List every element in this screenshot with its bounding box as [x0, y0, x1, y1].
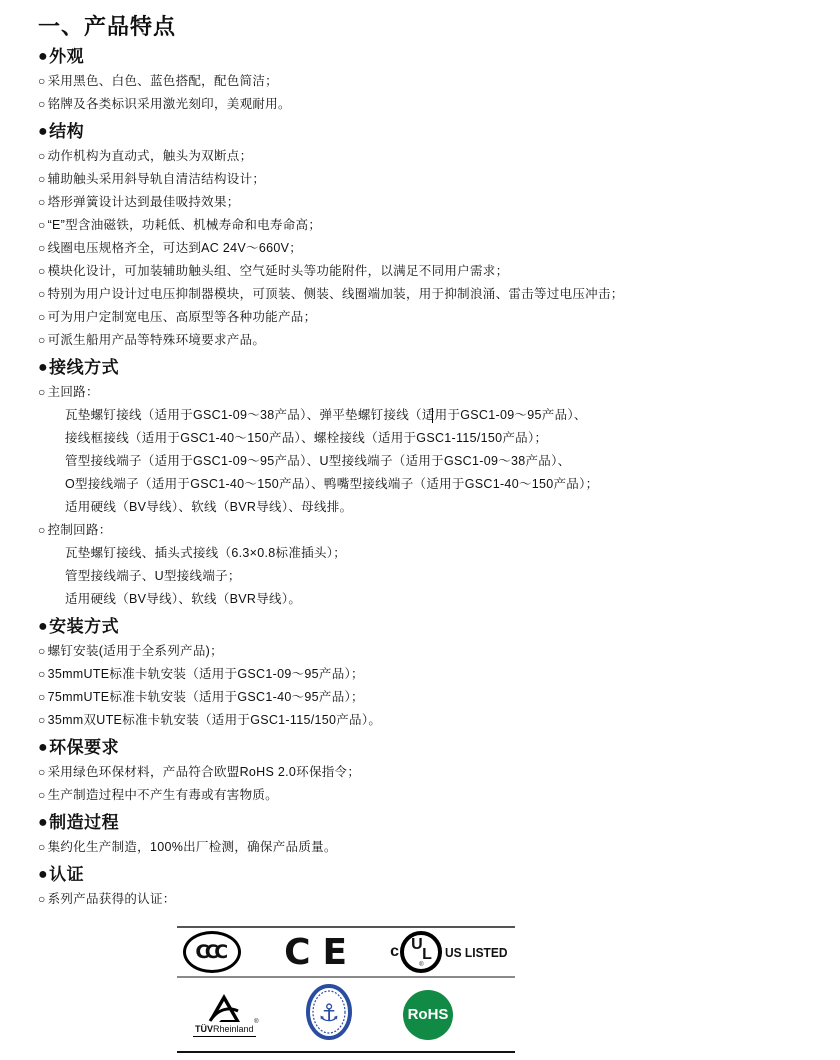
feature-subitem: O型接线端子（适用于GSC1-40～150产品）、鸭嘴型接线端子（适用于GSC1…: [38, 473, 840, 496]
feature-text: 采用绿色环保材料，产品符合欧盟RoHS 2.0环保指令；: [48, 765, 361, 779]
open-circle-icon: ○: [38, 287, 46, 301]
black-bullet-icon: ●: [38, 812, 48, 834]
feature-subitem: 适用硬线（BV导线）、软线（BVR导线）。: [38, 588, 840, 611]
feature-subitem: 适用硬线（BV导线）、软线（BVR导线）、母线排。: [38, 496, 840, 519]
feature-text: 模块化设计，可加装辅助触头组、空气延时头等功能附件，以满足不同用户需求；: [48, 264, 509, 278]
open-circle-icon: ○: [38, 644, 46, 658]
feature-text: 35mmUTE标准卡轨安装（适用于GSC1-09～95产品）；: [48, 667, 364, 681]
feature-text: 管型接线端子、U型接线端子；: [65, 569, 241, 583]
open-circle-icon: ○: [38, 840, 46, 854]
feature-text: 适用硬线（BV导线）、软线（BVR导线）、母线排。: [65, 500, 352, 514]
black-bullet-icon: ●: [38, 737, 48, 759]
section-heading-label: 认证: [49, 864, 84, 886]
certification-row-2: TÜVRheinland ® ⚓ RoHS: [177, 978, 515, 1053]
feature-text: 生产制造过程中不产生有毒或有害物质。: [48, 788, 278, 802]
feature-text: 可为用户定制宽电压、高原型等各种功能产品；: [48, 310, 317, 324]
black-bullet-icon: ●: [38, 616, 48, 638]
section-heading-label: 制造过程: [49, 812, 119, 834]
feature-text: “E”型含油磁铁，功耗低、机械寿命和电寿命高；: [48, 218, 322, 232]
feature-item: ○可派生船用产品等特殊环境要求产品。: [38, 329, 840, 352]
feature-text: 特别为用户设计过电压抑制器模块，可顶装、侧装、线圈端加装，用于抑制浪涌、雷击等过…: [48, 287, 624, 301]
section-heading-mounting: ● 安装方式: [38, 616, 840, 638]
tuv-rheinland-logo: TÜVRheinland ®: [193, 993, 256, 1037]
section-heading-label: 结构: [49, 121, 84, 143]
feature-item: ○特别为用户设计过电压抑制器模块，可顶装、侧装、线圈端加装，用于抑制浪涌、雷击等…: [38, 283, 840, 306]
black-bullet-icon: ●: [38, 121, 48, 143]
feature-item: ○75mmUTE标准卡轨安装（适用于GSC1-40～95产品）；: [38, 686, 840, 709]
feature-text: 适用硬线（BV导线）、软线（BVR导线）。: [65, 592, 301, 606]
feature-text: 塔形弹簧设计达到最佳吸持效果；: [48, 195, 240, 209]
rohs-certification-logo: RoHS: [403, 990, 453, 1040]
tuv-wordmark: TÜVRheinland ®: [193, 1023, 256, 1037]
open-circle-icon: ○: [38, 195, 46, 209]
section-manufacturing: ● 制造过程 ○集约化生产制造，100%出厂检测，确保产品质量。: [38, 812, 840, 859]
feature-text: 接线框接线（适用于GSC1-40～150产品）、螺栓接线（适用于GSC1-115…: [65, 431, 547, 445]
rohs-label: RoHS: [408, 1006, 449, 1023]
section-mounting: ● 安装方式 ○螺钉安装(适用于全系列产品)； ○35mmUTE标准卡轨安装（适…: [38, 616, 840, 732]
tuv-wordmark-bold: TÜV: [195, 1024, 213, 1034]
section-heading-label: 环保要求: [49, 737, 119, 759]
open-circle-icon: ○: [38, 241, 46, 255]
open-circle-icon: ○: [38, 310, 46, 324]
ul-letter-u: U: [411, 936, 423, 954]
feature-item: ○采用绿色环保材料，产品符合欧盟RoHS 2.0环保指令；: [38, 761, 840, 784]
svg-text:⚓: ⚓: [319, 1000, 341, 1027]
feature-text: 集约化生产制造，100%出厂检测，确保产品质量。: [48, 840, 337, 854]
black-bullet-icon: ●: [38, 46, 48, 68]
feature-item: ○动作机构为直动式，触头为双断点；: [38, 145, 840, 168]
open-circle-icon: ○: [38, 172, 46, 186]
section-certification: ● 认证 ○系列产品获得的认证： CCC C E c U L ®: [38, 864, 840, 1053]
feature-text: 动作机构为直动式，触头为双断点；: [48, 149, 253, 163]
certification-table: CCC C E c U L ® US LISTED: [177, 926, 515, 1053]
feature-item: ○集约化生产制造，100%出厂检测，确保产品质量。: [38, 836, 840, 859]
open-circle-icon: ○: [38, 765, 46, 779]
cul-us-listed-logo: c U L ® US LISTED: [390, 931, 513, 973]
feature-subitem: 管型接线端子、U型接线端子；: [38, 565, 840, 588]
ccs-classification-logo: ⚓: [305, 983, 353, 1046]
feature-item: ○系列产品获得的认证：: [38, 888, 840, 911]
section-heading-wiring: ● 接线方式: [38, 357, 840, 379]
open-circle-icon: ○: [38, 892, 46, 906]
open-circle-icon: ○: [38, 97, 46, 111]
ccs-anchor-icon: ⚓: [305, 983, 353, 1041]
feature-text: 35mm双UTE标准卡轨安装（适用于GSC1-115/150产品）。: [48, 713, 382, 727]
section-structure: ● 结构 ○动作机构为直动式，触头为双断点； ○辅助触头采用斜导轨自清洁结构设计…: [38, 121, 840, 352]
feature-text: 瓦垫螺钉接线（适用于GSC1-09～38产品）、弹平垫螺钉接线（适用于GSC1-…: [65, 408, 587, 422]
open-circle-icon: ○: [38, 385, 46, 399]
feature-text: 瓦垫螺钉接线、插头式接线（6.3×0.8标准插头）；: [65, 546, 346, 560]
section-wiring: ● 接线方式 ○主回路： 瓦垫螺钉接线（适用于GSC1-09～38产品）、弹平垫…: [38, 357, 840, 611]
tuv-wordmark-rest: Rheinland: [213, 1024, 254, 1034]
ce-letter-e: E: [323, 932, 348, 973]
ce-letter-c: C: [284, 932, 310, 973]
feature-subitem: 瓦垫螺钉接线、插头式接线（6.3×0.8标准插头）；: [38, 542, 840, 565]
feature-text: 铭牌及各类标识采用激光刻印，美观耐用。: [48, 97, 291, 111]
feature-text: 辅助触头采用斜导轨自清洁结构设计；: [48, 172, 266, 186]
feature-text: 螺钉安装(适用于全系列产品)；: [48, 644, 223, 658]
feature-item: ○模块化设计，可加装辅助触头组、空气延时头等功能附件，以满足不同用户需求；: [38, 260, 840, 283]
feature-item: ○铭牌及各类标识采用激光刻印，美观耐用。: [38, 93, 840, 116]
feature-item: ○可为用户定制宽电压、高原型等各种功能产品；: [38, 306, 840, 329]
document-page: 一、产品特点 ● 外观 ○采用黑色、白色、蓝色搭配，配色简洁； ○铭牌及各类标识…: [0, 0, 840, 1053]
feature-subitem: 接线框接线（适用于GSC1-40～150产品）、螺栓接线（适用于GSC1-115…: [38, 427, 840, 450]
black-bullet-icon: ●: [38, 864, 48, 886]
ccc-certification-logo: CCC: [183, 931, 241, 973]
open-circle-icon: ○: [38, 667, 46, 681]
feature-item: ○辅助触头采用斜导轨自清洁结构设计；: [38, 168, 840, 191]
feature-item: ○塔形弹簧设计达到最佳吸持效果；: [38, 191, 840, 214]
section-environment: ● 环保要求 ○采用绿色环保材料，产品符合欧盟RoHS 2.0环保指令； ○生产…: [38, 737, 840, 807]
section-appearance: ● 外观 ○采用黑色、白色、蓝色搭配，配色简洁； ○铭牌及各类标识采用激光刻印，…: [38, 46, 840, 116]
section-heading-manufacturing: ● 制造过程: [38, 812, 840, 834]
section-heading-certification: ● 认证: [38, 864, 840, 886]
open-circle-icon: ○: [38, 713, 46, 727]
tuv-triangle-icon: [207, 993, 241, 1023]
open-circle-icon: ○: [38, 264, 46, 278]
feature-subitem: 管型接线端子（适用于GSC1-09～95产品）、U型接线端子（适用于GSC1-0…: [38, 450, 840, 473]
section-heading-label: 接线方式: [49, 357, 119, 379]
open-circle-icon: ○: [38, 74, 46, 88]
feature-text: O型接线端子（适用于GSC1-40～150产品）、鸭嘴型接线端子（适用于GSC1…: [65, 477, 598, 491]
ce-mark-logo: C E: [284, 932, 347, 973]
cul-c-prefix: c: [390, 943, 399, 961]
black-bullet-icon: ●: [38, 357, 48, 379]
page-title: 一、产品特点: [38, 13, 840, 41]
feature-text: 75mmUTE标准卡轨安装（适用于GSC1-40～95产品）；: [48, 690, 364, 704]
feature-text: 控制回路：: [48, 523, 112, 537]
certification-row-1: CCC C E c U L ® US LISTED: [177, 926, 515, 978]
feature-text: 可派生船用产品等特殊环境要求产品。: [48, 333, 266, 347]
feature-item: ○控制回路：: [38, 519, 840, 542]
text-cursor: [432, 408, 433, 423]
open-circle-icon: ○: [38, 218, 46, 232]
open-circle-icon: ○: [38, 788, 46, 802]
section-heading-environment: ● 环保要求: [38, 737, 840, 759]
feature-subitem: 瓦垫螺钉接线（适用于GSC1-09～38产品）、弹平垫螺钉接线（适用于GSC1-…: [38, 404, 840, 427]
feature-item: ○生产制造过程中不产生有毒或有害物质。: [38, 784, 840, 807]
feature-item: ○“E”型含油磁铁，功耗低、机械寿命和电寿命高；: [38, 214, 840, 237]
ul-circle-icon: U L ®: [400, 931, 442, 973]
feature-item: ○35mmUTE标准卡轨安装（适用于GSC1-09～95产品）；: [38, 663, 840, 686]
section-heading-label: 外观: [49, 46, 84, 68]
ccc-logo-text: CCC: [195, 941, 228, 963]
feature-text: 管型接线端子（适用于GSC1-09～95产品）、U型接线端子（适用于GSC1-0…: [65, 454, 570, 468]
open-circle-icon: ○: [38, 149, 46, 163]
feature-item: ○35mm双UTE标准卡轨安装（适用于GSC1-115/150产品）。: [38, 709, 840, 732]
section-heading-appearance: ● 外观: [38, 46, 840, 68]
section-heading-label: 安装方式: [49, 616, 119, 638]
section-heading-structure: ● 结构: [38, 121, 840, 143]
registered-mark: ®: [419, 962, 423, 968]
feature-text: 采用黑色、白色、蓝色搭配，配色简洁；: [48, 74, 278, 88]
feature-item: ○线圈电压规格齐全，可达到AC 24V～660V；: [38, 237, 840, 260]
feature-item: ○主回路：: [38, 381, 840, 404]
feature-item: ○螺钉安装(适用于全系列产品)；: [38, 640, 840, 663]
open-circle-icon: ○: [38, 333, 46, 347]
open-circle-icon: ○: [38, 690, 46, 704]
open-circle-icon: ○: [38, 523, 46, 537]
feature-text: 线圈电压规格齐全，可达到AC 24V～660V；: [48, 241, 302, 255]
feature-item: ○采用黑色、白色、蓝色搭配，配色简洁；: [38, 70, 840, 93]
feature-text: 系列产品获得的认证：: [48, 892, 176, 906]
registered-mark: ®: [254, 1019, 258, 1025]
feature-text: 主回路：: [48, 385, 99, 399]
us-listed-label: US LISTED: [445, 945, 507, 960]
